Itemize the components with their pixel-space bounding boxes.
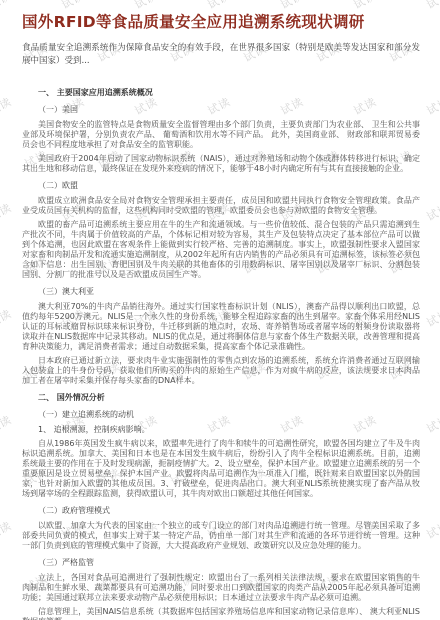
watermark-text: 试读 xyxy=(424,0,440,13)
watermark-text: 试读 xyxy=(0,0,14,13)
section-heading: （一）美国 xyxy=(22,105,420,115)
paragraph: 自从1986年英国发生疯牛病以来，欧盟率先进行了肉牛和犊牛的可追溯性研究，欧盟各… xyxy=(22,439,420,499)
watermark-text: 试读 xyxy=(59,0,88,13)
paragraph: 欧盟成立欧洲食品安全局对食物安全管理承担主要责任，成员国和欧盟共同执行食物安全管… xyxy=(22,196,420,216)
section-heading: 一、 主要国家应用追溯系统概况 xyxy=(22,88,420,98)
section-heading: 二、 国外情况分析 xyxy=(22,393,420,403)
paragraph: 美国食物安全的监管特点是食物质量安全监督管理由多个部门负责，主要负责部门为农业部… xyxy=(22,120,420,150)
watermark-text: 试读 xyxy=(132,0,161,13)
document-title: 国外RFID等食品质量安全应用追溯系统现状调研 xyxy=(22,12,418,32)
paragraph: 美国政府于2004年启动了国家动物标识系统（NAIS），通过对养殖场和动物个体或… xyxy=(22,154,420,174)
section-heading: （二）欧盟 xyxy=(22,181,420,191)
paragraph: 欧盟的畜产品可追溯系统主要应用在牛的生产和流通领域。与一些价值较低、混合包装的产… xyxy=(22,220,420,280)
section-heading: （三）严格监管 xyxy=(22,558,420,568)
watermark-text: 试读 xyxy=(351,0,380,13)
document-page: 试读试读试读试读试读试读试读试读试读试读试读试读试读试读试读试读试读试读试读试读… xyxy=(0,0,440,620)
document-content: 一、 主要国家应用追溯系统概况（一）美国美国食物安全的监管特点是食物质量安全监督… xyxy=(22,88,420,620)
document-intro: 食品质量安全追溯系统作为保障食品安全的有效手段，在世界很多国家（特别是欧美等发达… xyxy=(22,42,420,68)
document-body: 国外RFID等食品质量安全应用追溯系统现状调研 食品质量安全追溯系统作为保障食品… xyxy=(0,12,440,620)
watermark-text: 试读 xyxy=(278,0,307,13)
section-heading: （一）建立追溯系统的动机 xyxy=(22,410,420,420)
section-heading: （三）澳大利亚 xyxy=(22,287,420,297)
paragraph: 信息管理上，美国NAIS信息系统（其数据库包括国家养殖场信息库和国家动物记录信息… xyxy=(22,607,420,620)
section-heading: （二）政府管理模式 xyxy=(22,506,420,516)
watermark-text: 试读 xyxy=(205,0,234,13)
paragraph: 立法上，各国对食品可追溯进行了强制性规定：欧盟出台了一系列相关法律法规，要求在欧… xyxy=(22,573,420,603)
paragraph: 日本政府已通过新立法，要求肉牛业实施强制性的零售点到农场的追溯系统，系统允许消费… xyxy=(22,356,420,386)
paragraph: 澳大利亚70%的牛肉产品销往海外。通过实行国家牲畜标识计划（NLIS），澳畜产品… xyxy=(22,302,420,352)
section-heading: 1、 追根溯源，控制疾病影响。 xyxy=(22,425,420,435)
paragraph: 以欧盟、加拿大为代表的国家由一个独立的或专门设立的部门对肉品追溯进行统一管理。尽… xyxy=(22,521,420,551)
